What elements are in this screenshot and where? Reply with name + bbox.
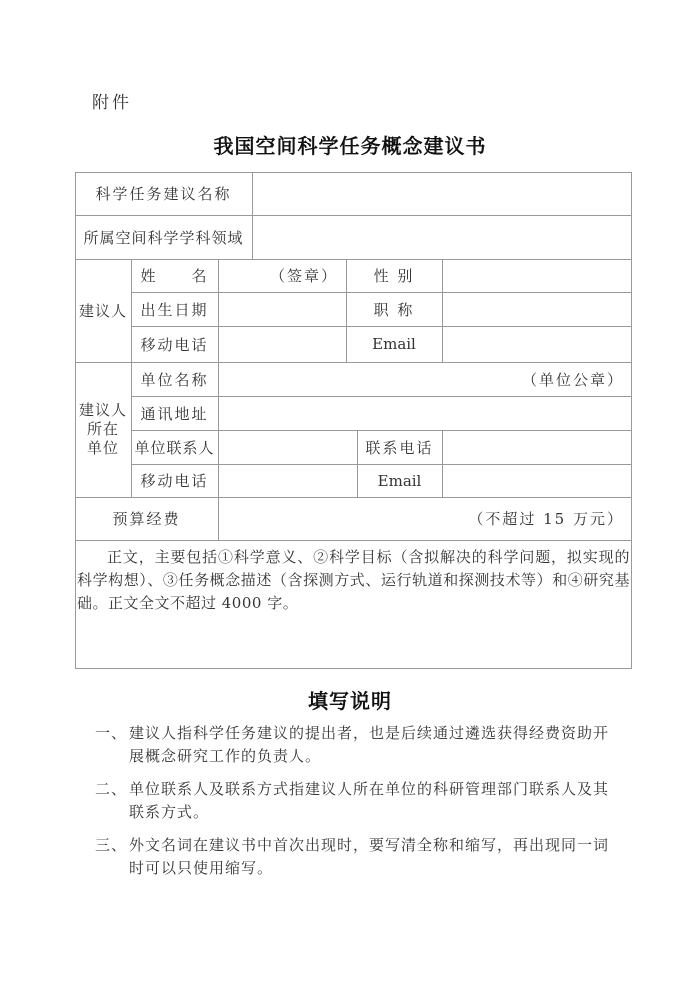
budget-input[interactable]: （不超过 15 万元） xyxy=(218,497,632,540)
row-divider xyxy=(75,540,632,541)
budget-hint: （不超过 15 万元） xyxy=(468,508,624,529)
unit-group-label-line2: 所在 xyxy=(87,420,119,439)
address-input[interactable] xyxy=(218,396,632,430)
instructions-list: 一、 建议人指科学任务建议的提出者，也是后续通过遴选获得经费资助开展概念研究工作… xyxy=(95,722,620,890)
title-label: 职 称 xyxy=(346,292,442,326)
budget-label: 预算经费 xyxy=(75,497,218,540)
name-label: 姓 名 xyxy=(131,259,218,292)
birth-input[interactable] xyxy=(218,292,346,326)
proposer-email-input[interactable] xyxy=(442,326,632,362)
instruction-number: 一、 xyxy=(95,722,127,745)
unit-mobile-input[interactable] xyxy=(218,464,357,497)
signature-hint: （签章） xyxy=(270,265,338,286)
instructions-title: 填写说明 xyxy=(0,685,700,714)
proposer-email-label: Email xyxy=(346,326,442,362)
contact-input[interactable] xyxy=(218,430,357,464)
unit-group-label-line1: 建议人 xyxy=(79,401,127,420)
birth-label: 出生日期 xyxy=(131,292,218,326)
body-text-area[interactable]: 正文，主要包括①科学意义、②科学目标（含拟解决的科学问题，拟实现的科学构想）、③… xyxy=(77,546,630,615)
address-label: 通讯地址 xyxy=(131,396,218,430)
instruction-text: 外文名词在建议书中首次出现时，要写清全称和缩写，再出现同一词时可以只使用缩写。 xyxy=(129,836,609,877)
gender-input[interactable] xyxy=(442,259,632,292)
unit-group-label-line3: 单位 xyxy=(87,439,119,458)
unit-email-input[interactable] xyxy=(442,464,632,497)
field-input[interactable] xyxy=(252,215,632,259)
gender-label: 性 别 xyxy=(346,259,442,292)
document-title: 我国空间科学任务概念建议书 xyxy=(0,130,700,159)
title-input[interactable] xyxy=(442,292,632,326)
instruction-item: 三、 外文名词在建议书中首次出现时，要写清全称和缩写，再出现同一词时可以只使用缩… xyxy=(95,834,620,880)
proposal-form-table: 科学任务建议名称 所属空间科学学科领域 建议人 姓 名 （签章） 性 别 出生日… xyxy=(75,172,632,669)
seal-hint: （单位公章） xyxy=(522,369,624,390)
instruction-item: 二、 单位联系人及联系方式指建议人所在单位的科研管理部门联系人及其联系方式。 xyxy=(95,778,620,824)
table-border-bottom xyxy=(75,668,632,669)
unit-name-label: 单位名称 xyxy=(131,362,218,396)
instruction-item: 一、 建议人指科学任务建议的提出者，也是后续通过遴选获得经费资助开展概念研究工作… xyxy=(95,722,620,768)
contact-phone-input[interactable] xyxy=(442,430,632,464)
task-name-label: 科学任务建议名称 xyxy=(75,172,252,215)
instruction-text: 单位联系人及联系方式指建议人所在单位的科研管理部门联系人及其联系方式。 xyxy=(129,780,609,821)
instruction-text: 建议人指科学任务建议的提出者，也是后续通过遴选获得经费资助开展概念研究工作的负责… xyxy=(129,724,609,765)
contact-phone-label: 联系电话 xyxy=(357,430,442,464)
contact-label: 单位联系人 xyxy=(131,430,218,464)
name-input[interactable]: （签章） xyxy=(218,259,346,292)
proposer-mobile-label: 移动电话 xyxy=(131,326,218,362)
task-name-input[interactable] xyxy=(252,172,632,215)
unit-name-input[interactable]: （单位公章） xyxy=(218,362,632,396)
unit-email-label: Email xyxy=(357,464,442,497)
field-label: 所属空间科学学科领域 xyxy=(75,215,252,259)
proposer-mobile-input[interactable] xyxy=(218,326,346,362)
instruction-number: 二、 xyxy=(95,778,127,801)
instruction-number: 三、 xyxy=(95,834,127,857)
proposer-group-label: 建议人 xyxy=(75,259,131,362)
unit-mobile-label: 移动电话 xyxy=(131,464,218,497)
unit-group-label: 建议人 所在 单位 xyxy=(75,362,131,497)
attachment-label: 附件 xyxy=(92,88,132,113)
